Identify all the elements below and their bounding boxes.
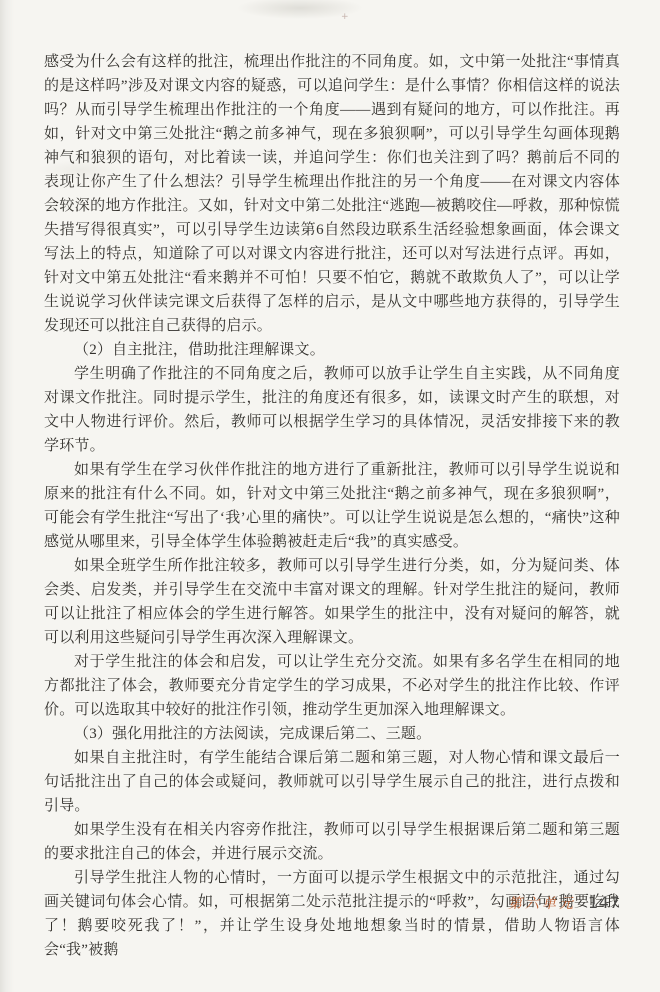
- paragraph: 如果有学生在学习伙伴作批注的地方进行了重新批注，教师可以引导学生说说和原来的批注…: [44, 458, 620, 554]
- registration-mark: +: [341, 12, 349, 22]
- paragraph: 对于学生批注的体会和启发，可以让学生充分交流。如果有多名学生在相同的地方都批注了…: [44, 650, 620, 722]
- paragraph: 如果全班学生所作批注较多，教师可以引导学生进行分类，如，分为疑问类、体会类、启发…: [44, 554, 620, 650]
- body-text: 感受为什么会有这样的批注，梳理出作批注的不同角度。如，文中第一处批注“事情真的是…: [44, 50, 620, 962]
- unit-label: 第六单元: [508, 893, 576, 913]
- paragraph: （3）强化用批注的方法阅读，完成课后第二、三题。: [44, 722, 620, 746]
- paragraph: 学生明确了作批注的不同角度之后，教师可以放手让学生自主实践，从不同角度对课文作批…: [44, 362, 620, 458]
- paragraph: 引导学生批注人物的心情时，一方面可以提示学生根据文中的示范批注，通过勾画关键词句…: [44, 866, 620, 962]
- paragraph: 感受为什么会有这样的批注，梳理出作批注的不同角度。如，文中第一处批注“事情真的是…: [44, 50, 620, 338]
- paragraph: 如果自主批注时，有学生能结合课后第二题和第三题，对人物心情和课文最后一句话批注出…: [44, 746, 620, 818]
- paragraph: （2）自主批注，借助批注理解课文。: [44, 338, 620, 362]
- book-page: + 感受为什么会有这样的批注，梳理出作批注的不同角度。如，文中第一处批注“事情真…: [0, 0, 660, 992]
- paragraph: 如果学生没有在相关内容旁作批注，教师可以引导学生根据课后第二题和第三题的要求批注…: [44, 818, 620, 866]
- page-footer: 第六单元 147: [508, 893, 620, 913]
- page-number: 147: [588, 893, 620, 912]
